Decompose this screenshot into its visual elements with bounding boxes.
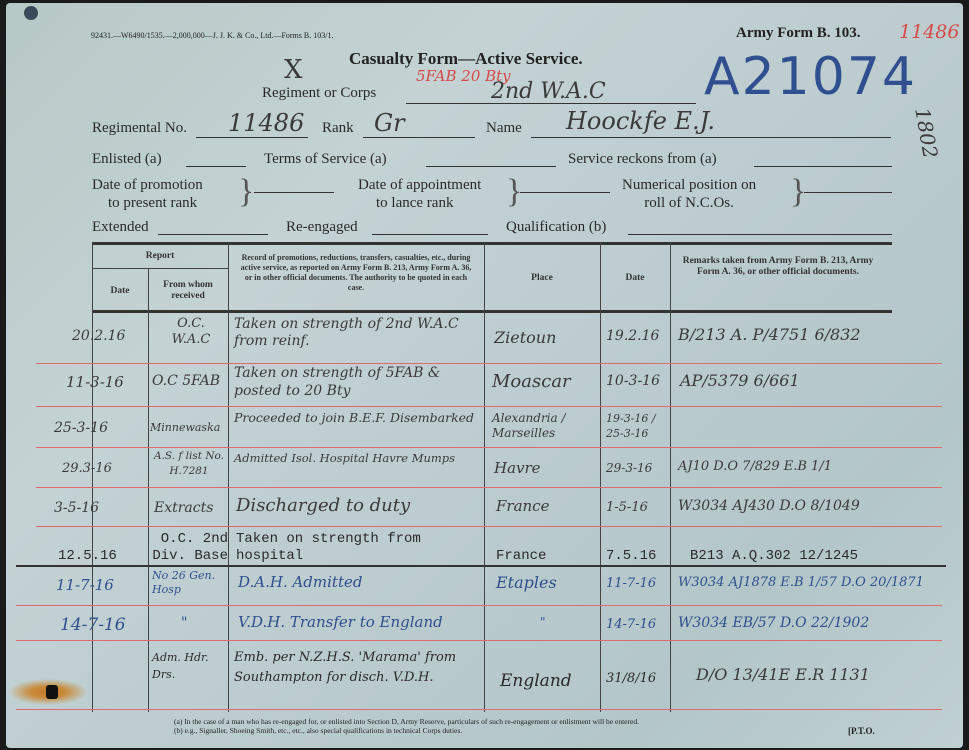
row4-from: A.S. f list No. H.7281	[152, 449, 226, 479]
service-number-stamp: A21074	[704, 47, 917, 107]
regimental-no-value: 11486	[228, 109, 304, 137]
row5-date2: 1-5-16	[606, 500, 648, 515]
name-value: Hoockfe E.J.	[566, 107, 715, 135]
promotion-label: Date of promotion to present rank	[92, 176, 203, 212]
pin-hole-mark	[24, 6, 38, 20]
row6-remarks: B213 A.Q.302 12/1245	[690, 548, 858, 564]
numerical-position-label: Numerical position on roll of N.C.Os.	[622, 176, 756, 212]
header-date2: Date	[600, 273, 670, 284]
form-title: Casualty Form—Active Service.	[349, 49, 583, 69]
row5-record: Discharged to duty	[236, 495, 410, 516]
torn-hole	[46, 685, 58, 699]
extended-label: Extended	[92, 219, 149, 236]
row2-remarks: AP/5379 6/661	[680, 371, 800, 390]
row1-from: O.C. W.A.C	[156, 316, 226, 348]
row2-from: O.C 5FAB	[152, 373, 220, 389]
row8-date: 14-7-16	[60, 615, 126, 635]
appointment-label-line2: to lance rank	[358, 194, 481, 212]
pto-note: [P.T.O.	[848, 726, 875, 736]
header-report: Report	[92, 251, 228, 262]
row6-record: Taken on strength from hospital	[236, 531, 476, 565]
numerical-label-line1: Numerical position on	[622, 176, 756, 194]
form-id: Army Form B. 103.	[736, 25, 861, 42]
promotion-label-line2: to present rank	[92, 194, 203, 212]
regiment-value: 2nd W.A.C	[491, 79, 606, 104]
enlisted-label: Enlisted (a)	[92, 151, 162, 168]
promotion-label-line1: Date of promotion	[92, 176, 203, 194]
row8-date2: 14-7-16	[606, 617, 656, 632]
row2-record: Taken on strength of 5FAB & posted to 20…	[234, 364, 480, 400]
footnote-b: (b) e.g., Signaller, Shoeing Smith, etc.…	[174, 726, 462, 735]
row9-remarks: D/O 13/41E E.R 1131	[696, 665, 870, 684]
row9-record: Emb. per N.Z.H.S. 'Marama' from Southamp…	[234, 648, 482, 688]
row4-date2: 29-3-16	[606, 461, 652, 475]
row7-record: D.A.H. Admitted	[238, 573, 362, 591]
header-from-whom: From whom received	[152, 280, 224, 302]
row8-place: "	[540, 615, 546, 629]
row6-date2: 7.5.16	[606, 548, 656, 564]
appointment-label-line1: Date of appointment	[358, 176, 481, 194]
row1-date2: 19.2.16	[606, 328, 659, 344]
row3-place: Alexandria / Marseilles	[492, 411, 598, 441]
print-code: 92431.—W6490/1535.—2,000,000—J. J. K. & …	[91, 31, 333, 40]
row5-remarks: W3034 AJ430 D.O 8/1049	[678, 498, 860, 514]
side-note: 1802	[910, 106, 942, 160]
row3-record: Proceeded to join B.E.F. Disembarked	[234, 409, 480, 426]
row3-date: 25-3-16	[54, 420, 108, 436]
row1-date: 20.2.16	[72, 328, 125, 344]
row6-place: France	[496, 548, 546, 564]
appointment-label: Date of appointment to lance rank	[358, 176, 481, 212]
name-label: Name	[486, 120, 522, 137]
header-record: Record of promotions, reductions, transf…	[236, 253, 476, 293]
numerical-label-line2: roll of N.C.Os.	[622, 194, 756, 212]
rank-value: Gr	[374, 109, 405, 137]
row5-from: Extracts	[154, 500, 213, 516]
row1-place: Zietoun	[494, 328, 556, 347]
row7-date: 11-7-16	[56, 576, 114, 594]
casualty-form-sheet: 92431.—W6490/1535.—2,000,000—J. J. K. & …	[6, 3, 963, 748]
row2-date: 11-3-16	[66, 373, 124, 391]
row4-record: Admitted Isol. Hospital Havre Mumps	[234, 450, 480, 466]
rank-label: Rank	[322, 120, 354, 137]
row9-from: Adm. Hdr. Drs.	[152, 649, 226, 683]
row7-from: No 26 Gen. Hosp	[152, 569, 226, 597]
header-place: Place	[484, 273, 600, 284]
row9-place: England	[500, 671, 572, 691]
row3-from: Minnewaska	[150, 421, 220, 434]
row7-remarks: W3034 AJ1878 E.B 1/57 D.O 20/1871	[678, 575, 924, 590]
row7-date2: 11-7-16	[606, 576, 656, 591]
terms-of-service-label: Terms of Service (a)	[264, 151, 387, 168]
row4-place: Havre	[494, 459, 541, 477]
row2-date2: 10-3-16	[606, 373, 660, 389]
row8-record: V.D.H. Transfer to England	[238, 613, 443, 631]
qualification-label: Qualification (b)	[506, 219, 606, 236]
row9-date2: 31/8/16	[606, 671, 656, 686]
row1-record: Taken on strength of 2nd W.A.C from rein…	[234, 316, 480, 350]
form-id-note: 11486	[899, 21, 959, 43]
cross-mark: X	[284, 55, 303, 85]
regiment-label: Regiment or Corps	[262, 85, 376, 102]
header-date: Date	[92, 286, 148, 297]
row8-remarks: W3034 EB/57 D.O 22/1902	[678, 615, 869, 631]
row6-from: O.C. 2nd Div. Base	[150, 531, 228, 565]
row5-date: 3-5-16	[54, 500, 99, 516]
row4-remarks: AJ10 D.O 7/829 E.B 1/1	[678, 459, 832, 474]
row4-date: 29.3-16	[62, 461, 112, 476]
row7-place: Etaples	[496, 573, 557, 592]
header-remarks: Remarks taken from Army Form B. 213, Arm…	[678, 256, 878, 278]
row3-date2: 19-3-16 / 25-3-16	[606, 411, 666, 441]
row6-date: 12.5.16	[58, 548, 117, 564]
row2-place: Moascar	[492, 371, 571, 392]
reengaged-label: Re-engaged	[286, 219, 358, 236]
row1-remarks: B/213 A. P/4751 6/832	[678, 325, 861, 344]
regimental-no-label: Regimental No.	[92, 120, 187, 137]
row5-place: France	[496, 497, 549, 515]
service-reckons-label: Service reckons from (a)	[568, 151, 717, 168]
footnote-a: (a) In the case of a man who has re-enga…	[174, 717, 639, 726]
row8-from: "	[181, 615, 187, 631]
